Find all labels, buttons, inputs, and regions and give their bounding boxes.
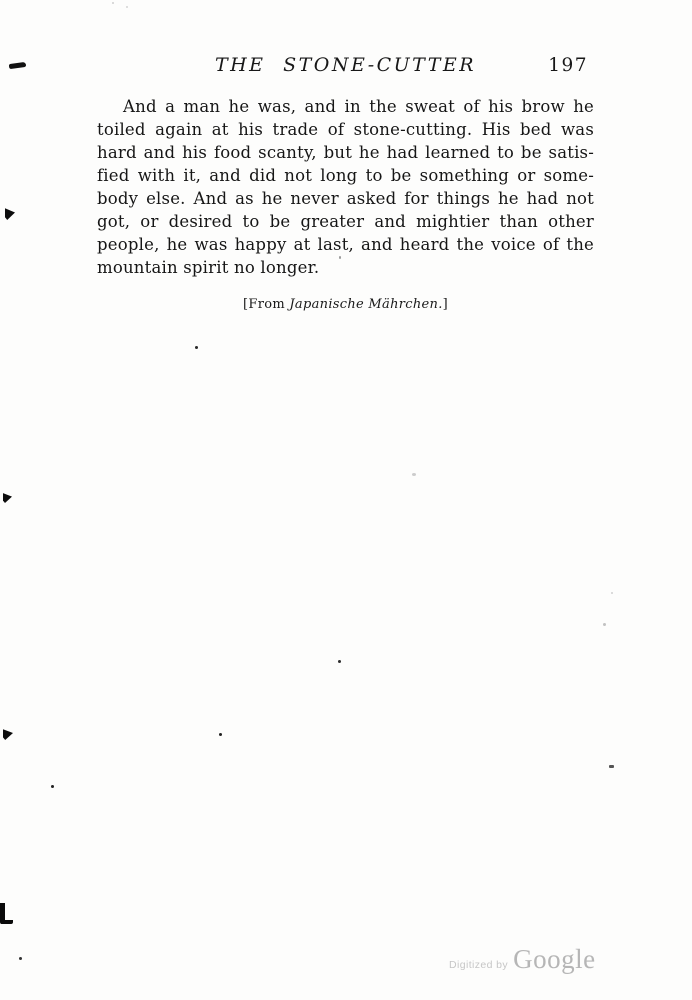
page-header: THE STONE-CUTTER 197 (97, 54, 594, 80)
scanned-book-page: THE STONE-CUTTER 197 And a man he was, a… (0, 0, 692, 1000)
scan-speck (126, 6, 128, 8)
attribution-source-title: Japanische Mährchen. (289, 297, 442, 312)
scan-speck (609, 765, 614, 768)
text-line: toiled again at his trade of stone-cutti… (97, 118, 594, 141)
attribution-open: [From (243, 297, 289, 312)
text-line: mountain spirit no longer. (97, 256, 594, 279)
text-line: got, or desired to be greater and mighti… (97, 210, 594, 233)
text-line: fied with it, and did not long to be som… (97, 164, 594, 187)
digitized-by-label: Digitized by (449, 959, 508, 971)
google-logo: Google (513, 944, 595, 975)
scan-mark-blot (3, 492, 12, 503)
scan-mark-corner (0, 903, 13, 924)
scan-speck (112, 2, 114, 4)
source-attribution: [From Japanische Mährchen.] (97, 297, 594, 312)
scan-speck (338, 660, 341, 663)
scan-speck (19, 957, 22, 960)
attribution-close: ] (443, 297, 448, 312)
scan-mark-blot (3, 728, 13, 740)
scan-speck (412, 473, 416, 476)
scan-speck (603, 623, 606, 626)
text-line: people, he was happy at last, and heard … (97, 233, 594, 256)
body-text: And a man he was, and in the sweat of hi… (97, 95, 594, 279)
text-line: body else. And as he never asked for thi… (97, 187, 594, 210)
scan-speck (195, 346, 198, 349)
scan-mark-dash (9, 62, 27, 69)
google-watermark: Digitized by Google (449, 944, 596, 975)
text-line: And a man he was, and in the sweat of hi… (97, 95, 594, 118)
scan-speck (611, 592, 613, 594)
scan-speck (339, 256, 341, 259)
scan-mark-blot (5, 207, 15, 220)
scan-speck (51, 785, 54, 788)
running-title: THE STONE-CUTTER (97, 54, 594, 76)
scan-speck (219, 733, 222, 736)
page-number: 197 (548, 55, 588, 76)
text-line: hard and his food scanty, but he had lea… (97, 141, 594, 164)
